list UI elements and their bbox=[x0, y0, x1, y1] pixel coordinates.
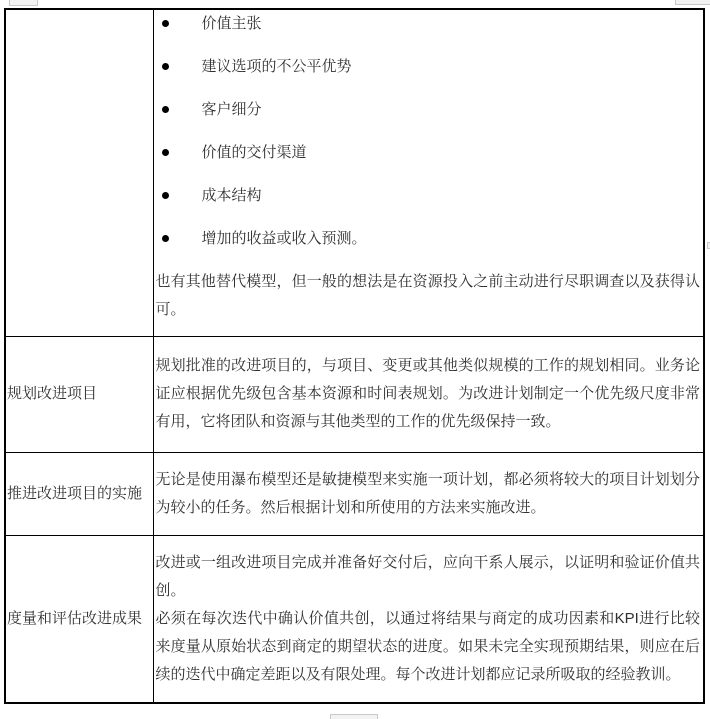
list-item: 客户细分 bbox=[156, 96, 701, 124]
row-content: 改进或一组改进项目完成并准备好交付后，应向干系人展示，以证明和验证价值共创。 必… bbox=[153, 535, 704, 703]
row-label: 规划改进项目 bbox=[5, 336, 153, 452]
bullet-text: 成本结构 bbox=[202, 187, 262, 204]
bullet-text: 建议选项的不公平优势 bbox=[202, 58, 352, 75]
bullet-text: 增加的收益或收入预测。 bbox=[202, 230, 367, 247]
row-label-empty bbox=[5, 9, 153, 336]
paragraph: 也有其他替代模型，但一般的想法是在资源投入之前主动进行尽职调查以及获得认可。 bbox=[156, 268, 701, 324]
bullet-icon bbox=[162, 106, 169, 113]
table-row: 规划改进项目 规划批准的改进项目的，与项目、变更或其他类似规模的工作的规划相同。… bbox=[5, 336, 704, 452]
paragraph: 必须在每次迭代中确认价值共创，以通过将结果与商定的成功因素和KPI进行比较来度量… bbox=[156, 605, 701, 689]
row-content: 无论是使用瀑布模型还是敏捷模型来实施一项计划，都必须将较大的项目计划划分为较小的… bbox=[153, 452, 704, 535]
row-label: 度量和评估改进成果 bbox=[5, 535, 153, 703]
table-row: 推进改进项目的实施 无论是使用瀑布模型还是敏捷模型来实施一项计划，都必须将较大的… bbox=[5, 452, 704, 535]
list-item: 成本结构 bbox=[156, 182, 701, 210]
bullet-text: 价值主张 bbox=[202, 15, 262, 32]
paragraph: 改进或一组改进项目完成并准备好交付后，应向干系人展示，以证明和验证价值共创。 bbox=[156, 549, 701, 605]
paragraph: 规划批准的改进项目的，与项目、变更或其他类似规模的工作的规划相同。业务论证应根据… bbox=[156, 352, 701, 436]
bullet-icon bbox=[162, 235, 169, 242]
bullet-icon bbox=[162, 20, 169, 27]
prev-page-fragment-top-left bbox=[9, 0, 38, 6]
table-row: 度量和评估改进成果 改进或一组改进项目完成并准备好交付后，应向干系人展示，以证明… bbox=[5, 535, 704, 703]
list-item: 增加的收益或收入预测。 bbox=[156, 225, 701, 253]
list-item: 价值主张 bbox=[156, 10, 701, 38]
document-page: 价值主张 建议选项的不公平优势 客户细分 价值的交付渠道 成本结构 bbox=[0, 0, 710, 719]
list-item: 建议选项的不公平优势 bbox=[156, 53, 701, 81]
row-label: 推进改进项目的实施 bbox=[5, 452, 153, 535]
row-content: 规划批准的改进项目的，与项目、变更或其他类似规模的工作的规划相同。业务论证应根据… bbox=[153, 336, 704, 452]
table-row: 价值主张 建议选项的不公平优势 客户细分 价值的交付渠道 成本结构 bbox=[5, 9, 704, 336]
improvement-process-table: 价值主张 建议选项的不公平优势 客户细分 价值的交付渠道 成本结构 bbox=[4, 8, 705, 704]
paragraph: 无论是使用瀑布模型还是敏捷模型来实施一项计划，都必须将较大的项目计划划分为较小的… bbox=[156, 466, 701, 522]
bullet-text: 客户细分 bbox=[202, 101, 262, 118]
list-item: 价值的交付渠道 bbox=[156, 139, 701, 167]
prev-page-fragment-top-right bbox=[675, 0, 710, 5]
bullet-text: 价值的交付渠道 bbox=[202, 144, 307, 161]
bullet-icon bbox=[162, 192, 169, 199]
bullet-icon bbox=[162, 63, 169, 70]
bullet-icon bbox=[162, 149, 169, 156]
row-content-bullets: 价值主张 建议选项的不公平优势 客户细分 价值的交付渠道 成本结构 bbox=[153, 9, 704, 336]
next-page-fragment-bottom bbox=[330, 714, 378, 719]
